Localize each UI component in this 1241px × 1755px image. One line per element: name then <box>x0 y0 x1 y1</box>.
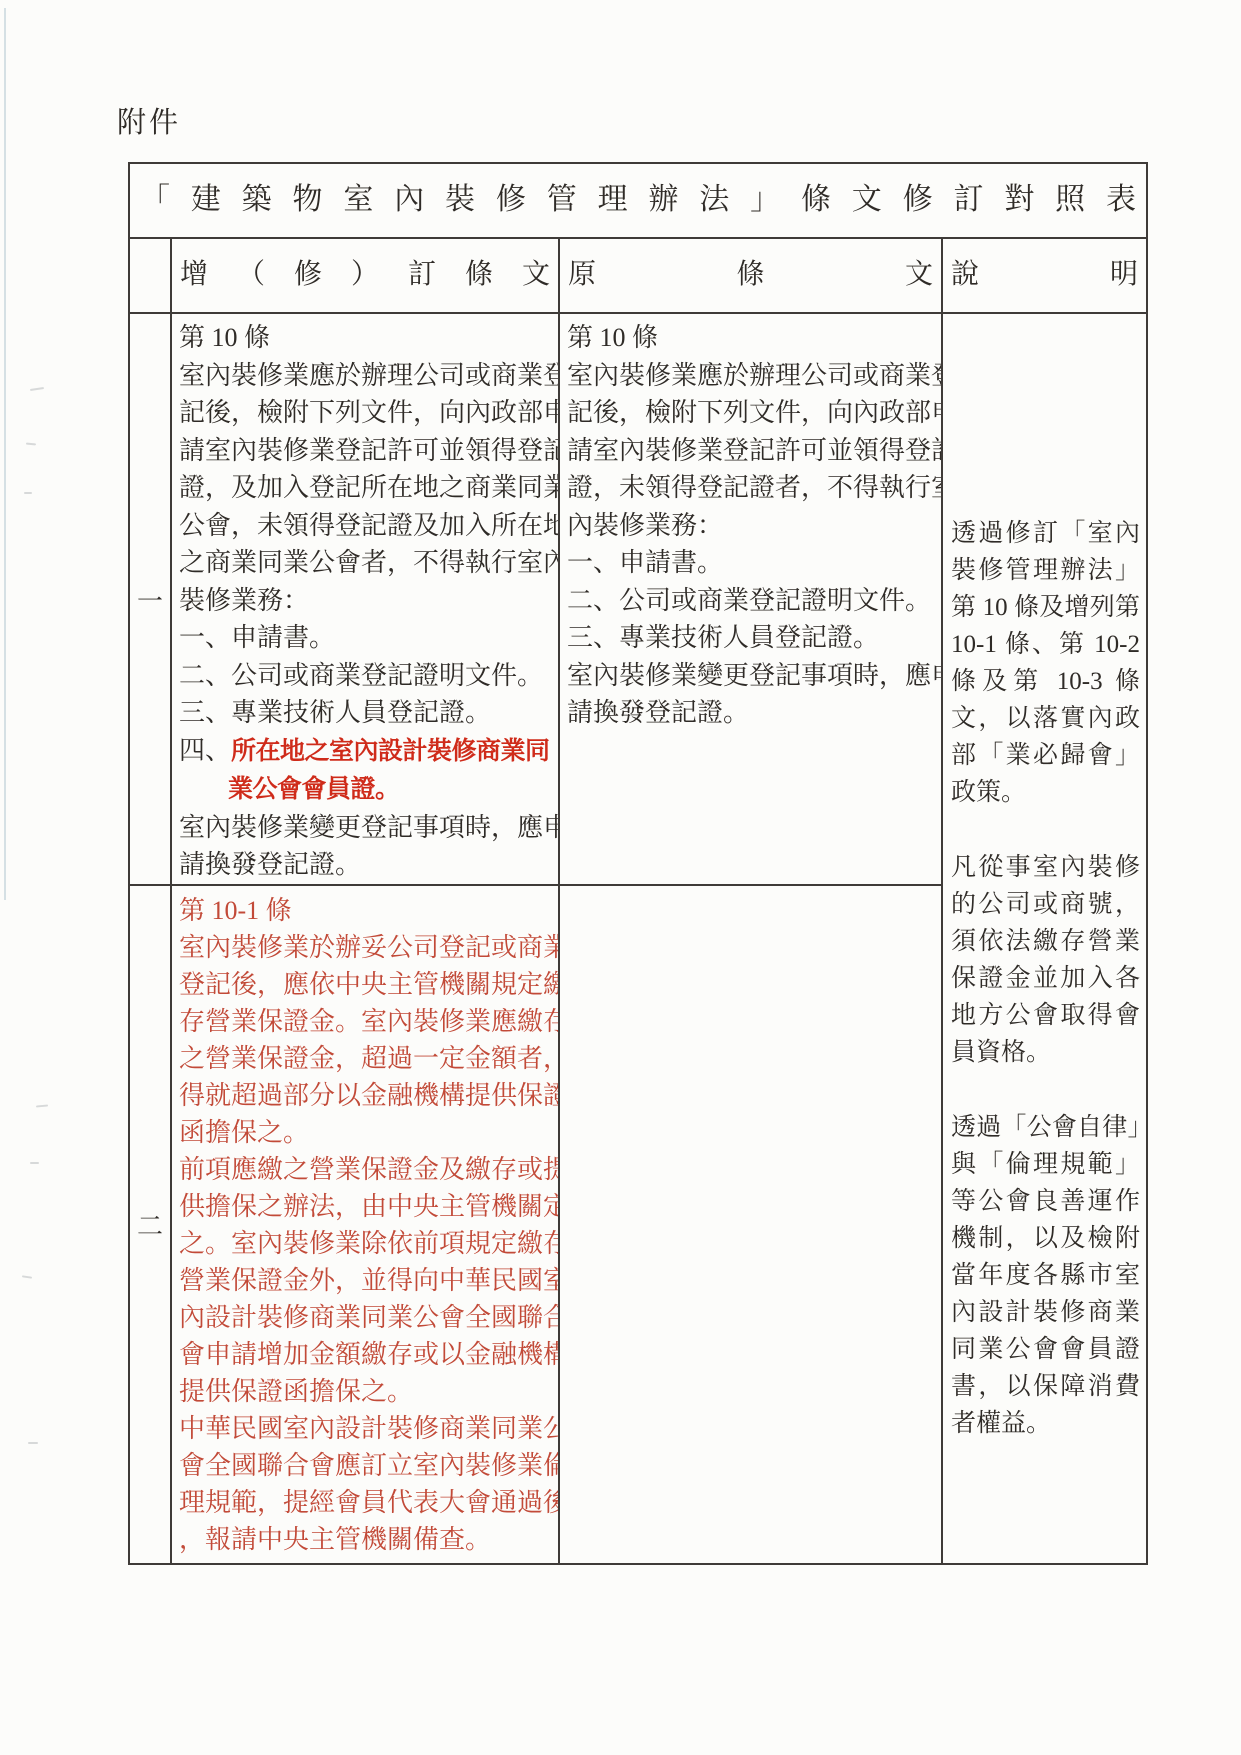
amended-row1-item4-line: 四、所在地之室內設計裝修商業同 業公會會員證。 <box>179 732 556 809</box>
cell-amended-row2: 第 10-1 條 室內裝修業於辦妥公司登記或商業 登記後，應依中央主管機關規定繳… <box>172 886 558 1563</box>
pencil-mark <box>26 443 36 446</box>
amended-row2-red-text: 第 10-1 條 室內裝修業於辦妥公司登記或商業 登記後，應依中央主管機關規定繳… <box>179 892 556 1558</box>
pencil-mark <box>30 1162 39 1164</box>
table-title-row: 「 建 築 物 室 內 裝 修 管 理 辦 法 」 條 文 修 訂 對 照 表 <box>130 164 1146 239</box>
header-remarks-column: 說 明 <box>943 239 1146 312</box>
header-original-column: 原 條 文 <box>560 239 943 312</box>
attachment-label: 附件 <box>117 100 181 141</box>
table-body: 一 二 第 10 條 室內裝修業應於辦理公司或商業登 記後，檢附下列文件，向內政… <box>130 314 1146 1563</box>
scan-edge-artifact <box>4 8 6 900</box>
comparison-table: 「 建 築 物 室 內 裝 修 管 理 辦 法 」 條 文 修 訂 對 照 表 … <box>128 162 1148 1565</box>
amended-row1-text-part1: 第 10 條 室內裝修業應於辦理公司或商業登 記後，檢附下列文件，向內政部申 請… <box>179 319 556 732</box>
amended-row1-text-part2: 室內裝修業變更登記事項時，應申 請換發登記證。 <box>179 809 556 884</box>
pencil-mark <box>36 1104 48 1107</box>
item4-new-red-text: 所在地之室內設計裝修商業同 業公會會員證。 <box>179 738 550 804</box>
original-row1-text: 第 10 條 室內裝修業應於辦理公司或商業登 記後，檢附下列文件，向內政部申 請… <box>567 319 939 732</box>
remarks-paragraph-2: 凡從事室內裝修的公司或商號，須依法繳存營業保證金並加入各地方公會取得會員資格。 <box>951 849 1140 1071</box>
amended-column: 第 10 條 室內裝修業應於辦理公司或商業登 記後，檢附下列文件，向內政部申 請… <box>172 314 560 1563</box>
row-number-column: 一 二 <box>130 314 172 1563</box>
pencil-mark <box>22 1275 32 1278</box>
row-number-1: 一 <box>130 314 170 886</box>
cell-remarks: 透過修訂「室內裝修管理辦法」第 10 條及增列第 10-1 條、第 10-2 條… <box>943 314 1146 1563</box>
header-amended-column: 增 （ 修 ） 訂 條 文 <box>172 239 560 312</box>
remarks-paragraph-3: 透過「公會自律」與「倫理規範」等公會良善運作機制，以及檢附當年度各縣市室內設計裝… <box>951 1109 1140 1442</box>
pencil-mark <box>30 387 44 391</box>
table-header-row: 增 （ 修 ） 訂 條 文 原 條 文 說 明 <box>130 239 1146 314</box>
cell-original-row2-empty <box>560 886 941 1563</box>
pencil-mark <box>24 492 32 494</box>
pencil-mark <box>28 1442 38 1444</box>
table-title: 「 建 築 物 室 內 裝 修 管 理 辦 法 」 條 文 修 訂 對 照 表 <box>130 164 1146 235</box>
remarks-paragraph-1: 透過修訂「室內裝修管理辦法」第 10 條及增列第 10-1 條、第 10-2 條… <box>951 515 1140 811</box>
cell-amended-row1: 第 10 條 室內裝修業應於辦理公司或商業登 記後，檢附下列文件，向內政部申 請… <box>172 314 558 886</box>
document-page: 附件 「 建 築 物 室 內 裝 修 管 理 辦 法 」 條 文 修 訂 對 照… <box>0 0 1241 1755</box>
header-row-number-column <box>130 239 172 312</box>
item4-prefix: 四、 <box>179 736 231 765</box>
row-number-2: 二 <box>130 886 170 1563</box>
cell-original-row1: 第 10 條 室內裝修業應於辦理公司或商業登 記後，檢附下列文件，向內政部申 請… <box>560 314 941 886</box>
original-column: 第 10 條 室內裝修業應於辦理公司或商業登 記後，檢附下列文件，向內政部申 請… <box>560 314 943 1563</box>
